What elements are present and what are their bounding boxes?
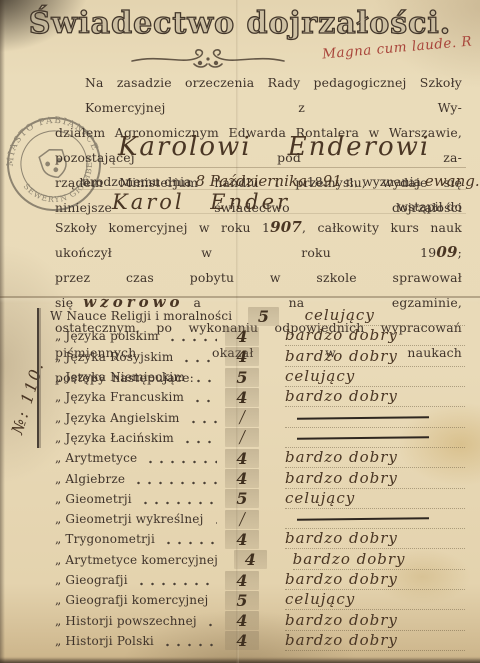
remark-handwritten: bardzo dobry bbox=[285, 631, 465, 651]
subject-row: „ Gieometrji5celujący bbox=[50, 489, 465, 509]
leader-dots bbox=[167, 338, 217, 342]
body-line-years: Szkoły komercyjnej w roku 1907, całkowit… bbox=[55, 215, 462, 265]
leader-dots bbox=[133, 481, 217, 485]
subject-row: „ Gieografji komercyjnej5celujący bbox=[50, 590, 465, 610]
grade-value-handwritten: 4 bbox=[225, 347, 259, 366]
certificate-page: Świadectwo dojrzałości. Magna cum laude.… bbox=[0, 0, 480, 663]
subject-label: „ Języka Rosyjskim bbox=[55, 350, 173, 364]
subject-row: „ Języka Łacińskim⁄ bbox=[50, 428, 465, 448]
grade-value-handwritten: 4 bbox=[225, 388, 259, 407]
ornament-divider-icon bbox=[128, 46, 288, 72]
remark-handwritten: celujący bbox=[285, 590, 465, 610]
grade-value-handwritten: 4 bbox=[225, 449, 259, 468]
subject-row: „ Języka Rosyjskim4bardzo dobry bbox=[50, 347, 465, 367]
birth-century-printed: 18 bbox=[307, 174, 323, 189]
leader-dots bbox=[162, 643, 217, 647]
leader-dots bbox=[205, 623, 217, 627]
intro-line: Na zasadzie orzeczenia Rady pedagogiczne… bbox=[55, 70, 462, 120]
year-handwritten: 09 bbox=[436, 243, 457, 261]
birth-year-handwritten: 91 bbox=[323, 172, 342, 190]
document-title: Świadectwo dojrzałości. bbox=[0, 6, 480, 41]
subject-row: „ Historji powszechnej4bardzo dobry bbox=[50, 610, 465, 630]
grade-value-handwritten: 4 bbox=[225, 327, 259, 346]
subject-row: W Nauce Religji i moralności5celujący bbox=[50, 306, 465, 326]
margin-number-handwritten: №: 110. bbox=[8, 359, 48, 437]
grade-strike-mark: ⁄ bbox=[238, 428, 245, 447]
grade-value-handwritten: ⁄ bbox=[225, 428, 259, 447]
leader-dots bbox=[212, 521, 217, 525]
leader-dots bbox=[145, 460, 217, 464]
grade-value-handwritten: 5 bbox=[225, 368, 259, 387]
grade-value-handwritten: 4 bbox=[225, 571, 259, 590]
grade-value-handwritten: 4 bbox=[234, 550, 267, 569]
subject-row: „ Algiebrze4bardzo dobry bbox=[50, 468, 465, 488]
grade-value-handwritten: 4 bbox=[225, 530, 259, 549]
subject-label: „ Języka polskim bbox=[55, 329, 159, 343]
subject-label: „ Gieografji komercyjnej bbox=[55, 593, 208, 607]
remark-handwritten: bardzo dobry bbox=[285, 469, 465, 489]
remark-handwritten: bardzo dobry bbox=[285, 570, 465, 590]
subject-label: „ Historji powszechnej bbox=[55, 614, 197, 628]
subject-label: „ Języka Łacińskim bbox=[55, 431, 174, 445]
confession-handwritten: ewang. augsburskiego. bbox=[425, 172, 480, 190]
leader-dots bbox=[136, 582, 217, 586]
remark-handwritten: bardzo dobry bbox=[285, 611, 465, 631]
stamp-shield-icon bbox=[38, 146, 70, 181]
grade-value-handwritten: 5 bbox=[248, 307, 278, 326]
grade-strike-mark: ⁄ bbox=[238, 510, 245, 529]
grade-value-handwritten: 4 bbox=[225, 469, 259, 488]
subject-label: „ Arytmetyce bbox=[55, 451, 137, 465]
leader-dots bbox=[140, 501, 217, 505]
paper-edge-left bbox=[0, 0, 5, 663]
leader-dots bbox=[182, 440, 217, 444]
remark-handwritten bbox=[285, 408, 465, 428]
subject-row: „ Języka Angielskim⁄ bbox=[50, 407, 465, 427]
remark-handwritten: bardzo dobry bbox=[285, 448, 465, 468]
subject-label: „ Algiebrze bbox=[55, 472, 125, 486]
remark-handwritten: bardzo dobry bbox=[285, 347, 465, 367]
paper-edge-bottom bbox=[0, 658, 480, 663]
student-name-handwritten: Karol Ender bbox=[112, 190, 290, 214]
subject-row: „ Trygonometrji4bardzo dobry bbox=[50, 529, 465, 549]
subject-label: „ Gieometrji bbox=[55, 492, 132, 506]
margin-vertical-line bbox=[37, 308, 39, 448]
subject-row: „ Gieometrji wykreślnej⁄ bbox=[50, 509, 465, 529]
subject-label: „ Gieografji bbox=[55, 573, 128, 587]
remark-handwritten bbox=[285, 509, 465, 529]
year-handwritten: 907 bbox=[270, 218, 302, 236]
ruling-line bbox=[55, 213, 466, 214]
subject-row: „ Języka Niemieckim5celujący bbox=[50, 367, 465, 387]
birth-printed-text: urodzonemu dnia bbox=[82, 174, 192, 189]
remark-handwritten: bardzo dobry bbox=[285, 326, 465, 346]
remark-handwritten bbox=[285, 428, 465, 448]
subject-label: „ Trygonometrji bbox=[55, 532, 155, 546]
grade-value-handwritten: 4 bbox=[225, 631, 259, 650]
recipient-name-handwritten: Karolowi Enderowi bbox=[118, 132, 448, 162]
leader-dots bbox=[163, 541, 217, 545]
subject-row: „ Arytmetyce komercyjnej4bardzo dobry bbox=[50, 550, 465, 570]
grade-value-handwritten: ⁄ bbox=[225, 510, 259, 529]
confession-printed-text: r., wyznania bbox=[346, 174, 421, 189]
remark-handwritten: bardzo dobry bbox=[293, 550, 465, 570]
subject-label: „ Języka Francuskim bbox=[55, 390, 184, 404]
body-printed: Szkoły komercyjnej w roku 1 bbox=[55, 220, 270, 235]
entry-printed-text: wstąpił do bbox=[397, 199, 462, 214]
grade-strike-mark: ⁄ bbox=[238, 408, 245, 427]
remark-handwritten: celujący bbox=[305, 306, 465, 326]
subject-row: „ Historji Polski4bardzo dobry bbox=[50, 631, 465, 651]
grade-value-handwritten: ⁄ bbox=[225, 408, 259, 427]
leader-dots bbox=[181, 359, 217, 363]
subject-label: „ Języka Angielskim bbox=[55, 411, 180, 425]
leader-dots bbox=[216, 602, 217, 606]
subject-row: „ Arytmetyce4bardzo dobry bbox=[50, 448, 465, 468]
subject-label: „ Arytmetyce komercyjnej bbox=[55, 553, 218, 567]
remark-strike-line bbox=[297, 436, 429, 440]
remark-strike-line bbox=[297, 517, 429, 521]
leader-dots bbox=[192, 399, 217, 403]
leader-dots bbox=[188, 420, 217, 424]
ruling-line bbox=[110, 167, 466, 168]
birth-line: urodzonemu dnia 8 Października1891 r., w… bbox=[82, 172, 468, 190]
subject-label: W Nauce Religji i moralności bbox=[50, 309, 232, 323]
body-printed: ; bbox=[458, 245, 462, 260]
remark-handwritten: bardzo dobry bbox=[285, 387, 465, 407]
remark-handwritten: celujący bbox=[285, 489, 465, 509]
subject-row: „ Języka polskim4bardzo dobry bbox=[50, 326, 465, 346]
remark-handwritten: bardzo dobry bbox=[285, 529, 465, 549]
leader-dots bbox=[193, 379, 217, 383]
subject-label: „ Historji Polski bbox=[55, 634, 154, 648]
grade-value-handwritten: 5 bbox=[225, 489, 259, 508]
subject-label: „ Gieometrji wykreślnej bbox=[55, 512, 204, 526]
remark-strike-line bbox=[297, 416, 429, 420]
subject-row: „ Języka Francuskim4bardzo dobry bbox=[50, 387, 465, 407]
subject-label: „ Języka Niemieckim bbox=[55, 370, 185, 384]
remark-handwritten: celujący bbox=[285, 367, 465, 387]
grade-value-handwritten: 5 bbox=[225, 591, 259, 610]
subjects-table: W Nauce Religji i moralności5celujący„ J… bbox=[50, 306, 465, 651]
grade-value-handwritten: 4 bbox=[225, 611, 259, 630]
subject-row: „ Gieografji4bardzo dobry bbox=[50, 570, 465, 590]
birth-date-handwritten: 8 Października bbox=[195, 172, 306, 190]
